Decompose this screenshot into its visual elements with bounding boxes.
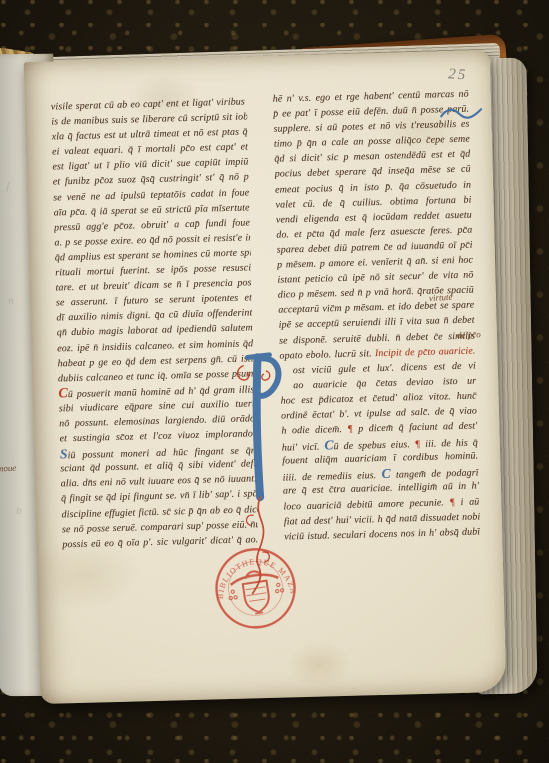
blue-nota-mark — [439, 105, 483, 122]
right-column: hē n' v.s. ego et rge habent' centū marc… — [273, 87, 481, 545]
ink-text: i aū — [455, 496, 480, 508]
blue-initial: C — [324, 437, 333, 452]
ink-text: opato ebolo. lucrū sit. — [279, 348, 375, 361]
photo-scene: moue ſ n b 25 visile sperat cū ab eo cap… — [0, 0, 549, 763]
manuscript-page: 25 visile sperat cū ab eo capt' ent et l… — [24, 50, 507, 704]
blue-initial: S — [60, 446, 68, 461]
blue-initial: C — [381, 466, 390, 481]
left-margin-note: moue — [0, 463, 17, 474]
left-column: visile sperat cū ab eo capt' ent et liga… — [51, 94, 259, 552]
library-stamp: BIBLIOTHEQUE MAZARINE — [208, 541, 303, 636]
right-margin-note-depeccato: de pc̄o — [457, 329, 481, 340]
pencil-margin-mark: n — [8, 295, 14, 307]
pencil-margin-mark: ſ — [6, 180, 9, 192]
ink-text: p dicem̄ q̄ faciunt ad dest' — [353, 421, 478, 435]
red-text: Incipit de pc̄to auaricie. — [375, 345, 476, 359]
pencil-margin-mark: b — [16, 505, 22, 517]
ink-text: loco auariciā debitū amore pecunie. — [283, 497, 449, 512]
folio-number: 25 — [448, 66, 468, 84]
ink-text: h odie dicem̄. — [281, 424, 347, 437]
right-margin-note-virtute: virtute — [429, 292, 453, 303]
ink-text: viciū istud. seculari docens nos in h' a… — [284, 526, 480, 542]
ink-text: possis eū eo q̄ oīa p'. sic vulgarit' di… — [62, 534, 258, 550]
